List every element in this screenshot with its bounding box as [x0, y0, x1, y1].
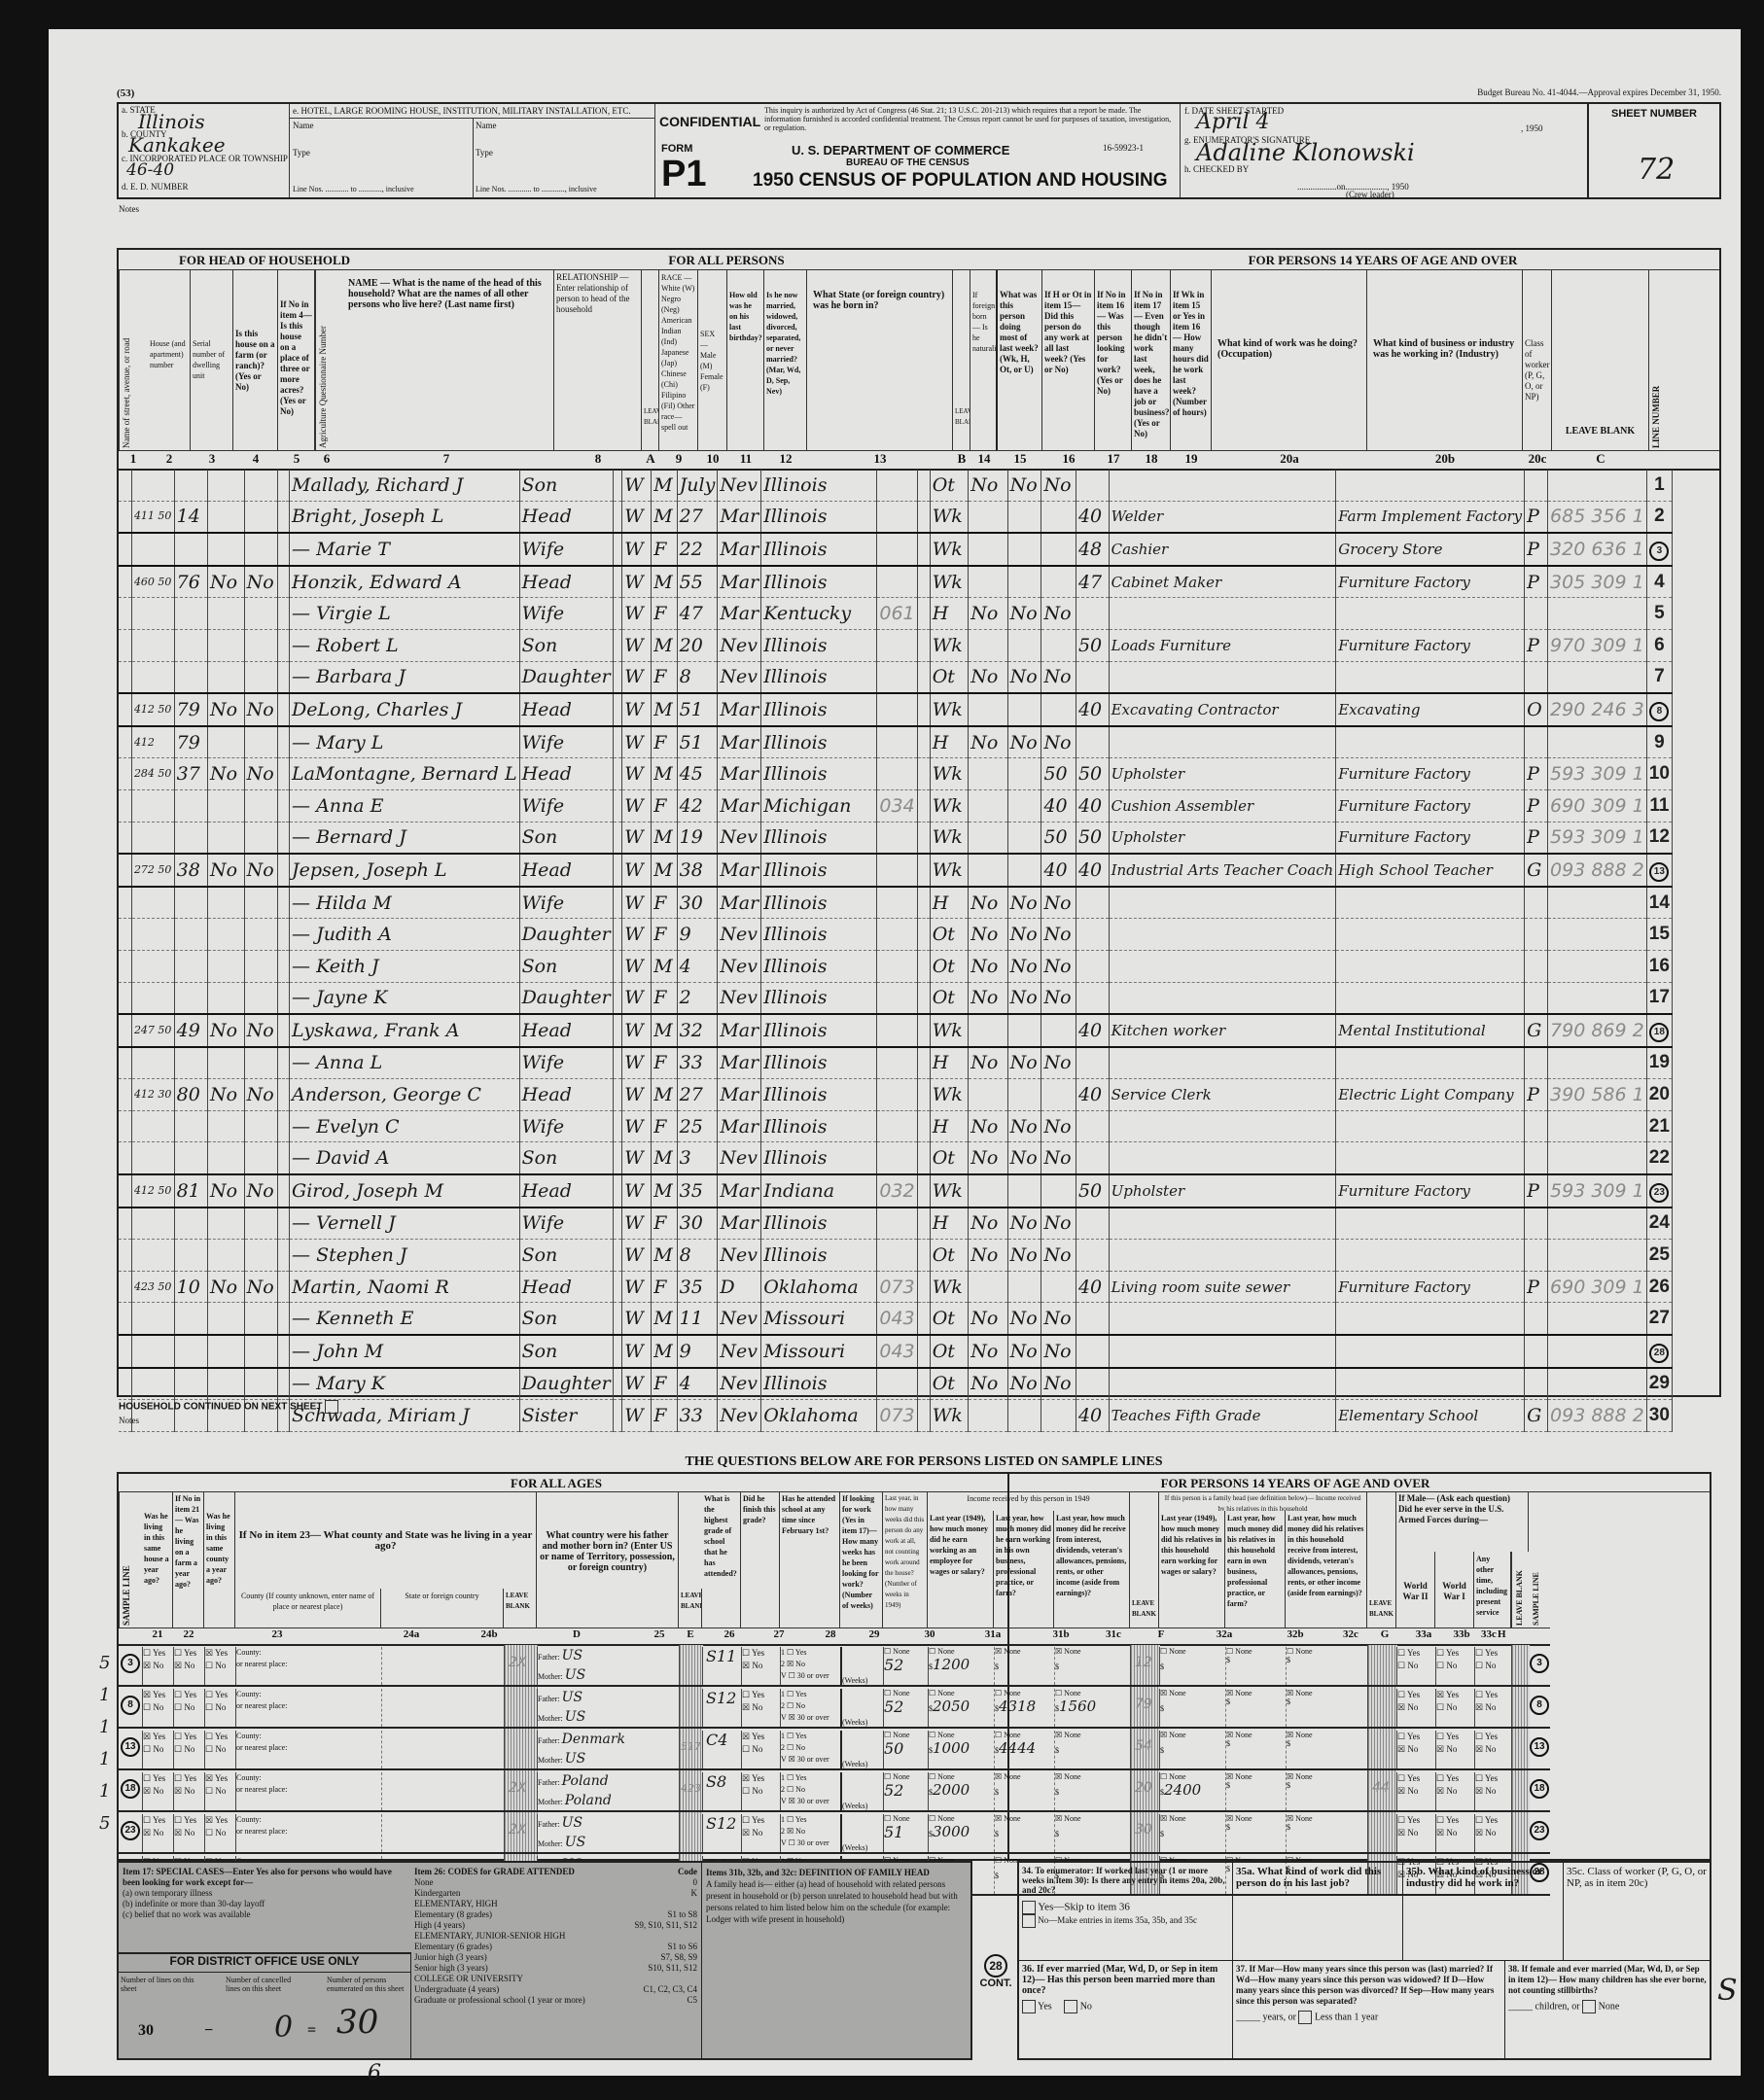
industry-cell[interactable]	[1336, 919, 1525, 951]
age-cell[interactable]: 38	[677, 854, 718, 887]
farm-cell[interactable]	[207, 726, 244, 758]
age-cell[interactable]: 27	[677, 501, 718, 533]
q27-no-option[interactable]: ☐ No	[742, 1743, 781, 1756]
activity-cell[interactable]: Wk	[930, 822, 969, 854]
acres-cell[interactable]: No	[244, 1174, 278, 1207]
office-codes-cell[interactable]: 305 309 1	[1548, 566, 1647, 598]
class-of-worker-cell[interactable]: O	[1525, 693, 1548, 726]
naturalized-cell[interactable]	[917, 758, 930, 790]
blank-cell[interactable]	[119, 1014, 131, 1047]
has-job-cell[interactable]	[1041, 1174, 1076, 1207]
office-codes-cell[interactable]	[1548, 1335, 1647, 1368]
activity-cell[interactable]: Ot	[930, 1335, 969, 1368]
birthplace-code-cell[interactable]	[877, 1207, 917, 1240]
birthplace-cell[interactable]: Illinois	[761, 887, 877, 919]
birthplace-cell[interactable]: Illinois	[761, 501, 877, 533]
has-job-cell[interactable]: No	[1041, 919, 1076, 951]
occupation-cell[interactable]	[1109, 470, 1336, 501]
person-name-cell[interactable]: LaMontagne, Bernard L	[290, 758, 520, 790]
relationship-cell[interactable]: Wife	[519, 789, 613, 822]
hours-worked-cell[interactable]	[1076, 598, 1109, 630]
q29-cell[interactable]: (Weeks)	[840, 1689, 885, 1727]
occupation-cell[interactable]	[1109, 887, 1336, 919]
class-of-worker-cell[interactable]: P	[1525, 1174, 1548, 1207]
blank-cell[interactable]	[278, 598, 290, 630]
has-job-cell[interactable]	[1041, 1079, 1076, 1111]
race-cell[interactable]: W	[622, 950, 652, 982]
q23-yes-option[interactable]: ☒ Yes	[205, 1772, 236, 1785]
person-name-cell[interactable]: — Robert L	[290, 629, 520, 661]
birthplace-cell[interactable]: Illinois	[761, 1014, 877, 1047]
blank-cell[interactable]	[278, 1014, 290, 1047]
worked-last-week-cell[interactable]	[969, 629, 1007, 661]
house-number-cell[interactable]	[131, 982, 174, 1014]
q22-yes-option[interactable]: ☐ Yes	[174, 1731, 205, 1743]
activity-cell[interactable]: H	[930, 1110, 969, 1142]
office-codes-cell[interactable]: 593 309 1	[1548, 822, 1647, 854]
q23-no-option[interactable]: ☐ No	[205, 1827, 236, 1839]
farm-cell[interactable]	[207, 629, 244, 661]
person-name-cell[interactable]: — Evelyn C	[290, 1110, 520, 1142]
race-cell[interactable]: W	[622, 1110, 652, 1142]
serial-number-cell[interactable]: 37	[174, 758, 207, 790]
q31a-cell[interactable]: ☐ None$2050	[928, 1689, 995, 1727]
q22-no-option[interactable]: ☒ No	[174, 1785, 205, 1798]
blank-cell[interactable]	[278, 1303, 290, 1335]
hours-worked-cell[interactable]	[1076, 661, 1109, 693]
class-of-worker-cell[interactable]	[1525, 1047, 1548, 1079]
naturalized-cell[interactable]	[917, 1047, 930, 1079]
naturalized-cell[interactable]	[917, 1014, 930, 1047]
race-cell[interactable]: W	[622, 1303, 652, 1335]
naturalized-cell[interactable]	[917, 1303, 930, 1335]
q27-yes-option[interactable]: ☐ Yes	[742, 1814, 781, 1827]
q28-no-option[interactable]: 2 ☐ No	[781, 1700, 841, 1712]
blank-cell[interactable]	[119, 1368, 131, 1400]
naturalized-cell[interactable]	[917, 1240, 930, 1272]
birthplace-cell[interactable]: Illinois	[761, 470, 877, 501]
birthplace-code-cell[interactable]	[877, 693, 917, 726]
q31a-cell[interactable]: ☐ None$1000	[928, 1731, 995, 1768]
q27-no-option[interactable]: ☒ No	[742, 1827, 781, 1839]
industry-cell[interactable]: Furniture Factory	[1336, 1271, 1525, 1303]
occupation-cell[interactable]	[1109, 1240, 1336, 1272]
age-cell[interactable]: 8	[677, 1240, 718, 1272]
q33c-no-option[interactable]: ☒ No	[1475, 1743, 1512, 1756]
looking-for-work-cell[interactable]: No	[1007, 1207, 1041, 1240]
q33a-cell[interactable]: ☐ Yes ☐ No	[1396, 1647, 1436, 1685]
birthplace-code-cell[interactable]: 061	[877, 598, 917, 630]
q31c-cell[interactable]: ☐ None$1560	[1054, 1689, 1131, 1727]
has-job-cell[interactable]: No	[1041, 661, 1076, 693]
house-number-cell[interactable]	[131, 887, 174, 919]
blank-cell[interactable]	[613, 1368, 622, 1400]
looking-for-work-cell[interactable]	[1007, 1400, 1041, 1432]
hours-worked-cell[interactable]	[1076, 1142, 1109, 1174]
house-number-cell[interactable]: 423 50	[131, 1271, 174, 1303]
relationship-cell[interactable]: Daughter	[519, 661, 613, 693]
blank-cell[interactable]	[278, 1368, 290, 1400]
blank-cell[interactable]	[119, 566, 131, 598]
sex-cell[interactable]: F	[652, 598, 677, 630]
q32c-cell[interactable]: ☒ None$	[1286, 1814, 1368, 1852]
house-number-cell[interactable]	[131, 661, 174, 693]
marital-status-cell[interactable]: Mar	[718, 1174, 761, 1207]
house-number-cell[interactable]: 412 50	[131, 1174, 174, 1207]
blank-cell[interactable]	[119, 470, 131, 501]
q23-no-option[interactable]: ☐ No	[205, 1660, 236, 1672]
worked-last-week-cell[interactable]: No	[969, 1110, 1007, 1142]
birthplace-code-cell[interactable]	[877, 1142, 917, 1174]
q28-yes-option[interactable]: 1 ☐ Yes	[781, 1814, 841, 1826]
marital-status-cell[interactable]: Mar	[718, 533, 761, 566]
relationship-cell[interactable]: Wife	[519, 726, 613, 758]
blank-cell[interactable]	[278, 822, 290, 854]
occupation-cell[interactable]: Kitchen worker	[1109, 1014, 1336, 1047]
serial-number-cell[interactable]: 49	[174, 1014, 207, 1047]
naturalized-cell[interactable]	[917, 789, 930, 822]
acres-cell[interactable]	[244, 1303, 278, 1335]
hours-worked-cell[interactable]	[1076, 1110, 1109, 1142]
occupation-cell[interactable]: Teaches Fifth Grade	[1109, 1400, 1336, 1432]
acres-cell[interactable]: No	[244, 693, 278, 726]
q33a-yes-option[interactable]: ☐ Yes	[1397, 1731, 1436, 1743]
q21-yes-option[interactable]: ☐ Yes	[143, 1772, 174, 1785]
industry-cell[interactable]	[1336, 950, 1525, 982]
class-of-worker-cell[interactable]	[1525, 1240, 1548, 1272]
office-codes-cell[interactable]	[1548, 950, 1647, 982]
relationship-cell[interactable]: Head	[519, 758, 613, 790]
industry-cell[interactable]: Furniture Factory	[1336, 1174, 1525, 1207]
q33a-no-option[interactable]: ☒ No	[1397, 1785, 1436, 1798]
blank-cell[interactable]	[613, 1142, 622, 1174]
serial-number-cell[interactable]	[174, 1303, 207, 1335]
occupation-cell[interactable]: Living room suite sewer	[1109, 1271, 1336, 1303]
house-number-cell[interactable]	[131, 822, 174, 854]
naturalized-cell[interactable]	[917, 1142, 930, 1174]
sex-cell[interactable]: M	[652, 1174, 677, 1207]
class-of-worker-cell[interactable]: P	[1525, 789, 1548, 822]
marital-status-cell[interactable]: Mar	[718, 598, 761, 630]
q22-yes-option[interactable]: ☐ Yes	[174, 1689, 205, 1701]
naturalized-cell[interactable]	[917, 629, 930, 661]
looking-for-work-cell[interactable]: No	[1007, 661, 1041, 693]
house-number-cell[interactable]	[131, 1368, 174, 1400]
looking-for-work-cell[interactable]: No	[1007, 982, 1041, 1014]
q33a-no-option[interactable]: ☒ No	[1397, 1827, 1436, 1839]
farm-cell[interactable]: No	[207, 1271, 244, 1303]
q31b-cell[interactable]: ☒ None$	[994, 1647, 1055, 1685]
hours-worked-cell[interactable]	[1076, 982, 1109, 1014]
office-codes-cell[interactable]: 690 309 1	[1548, 1271, 1647, 1303]
birthplace-cell[interactable]: Illinois	[761, 854, 877, 887]
farm-cell[interactable]	[207, 982, 244, 1014]
q21-cell[interactable]: ☒ Yes ☐ No	[142, 1689, 174, 1727]
industry-cell[interactable]: Electric Light Company	[1336, 1079, 1525, 1111]
looking-for-work-cell[interactable]	[1007, 566, 1041, 598]
blank-cell[interactable]	[278, 501, 290, 533]
relationship-cell[interactable]: Head	[519, 1079, 613, 1111]
q22-cell[interactable]: ☐ Yes ☒ No	[173, 1814, 205, 1852]
worked-last-week-cell[interactable]: No	[969, 1368, 1007, 1400]
q32a-cell[interactable]: ☒ None$	[1159, 1689, 1226, 1727]
relationship-cell[interactable]: Wife	[519, 1207, 613, 1240]
q27-cell[interactable]: ☒ Yes ☐ No	[741, 1772, 781, 1810]
q32b-cell[interactable]: ☒ None$	[1225, 1772, 1287, 1810]
looking-for-work-cell[interactable]	[1007, 854, 1041, 887]
serial-number-cell[interactable]: 14	[174, 501, 207, 533]
q28-no-option[interactable]: 2 ☐ No	[781, 1784, 841, 1796]
serial-number-cell[interactable]	[174, 982, 207, 1014]
blank-cell[interactable]	[278, 1079, 290, 1111]
blank-cell[interactable]	[119, 887, 131, 919]
acres-cell[interactable]	[244, 822, 278, 854]
marital-status-cell[interactable]: Mar	[718, 1047, 761, 1079]
worked-last-week-cell[interactable]	[969, 1400, 1007, 1432]
relationship-cell[interactable]: Son	[519, 822, 613, 854]
blank-cell[interactable]	[278, 726, 290, 758]
class-of-worker-cell[interactable]: P	[1525, 501, 1548, 533]
industry-cell[interactable]: Furniture Factory	[1336, 789, 1525, 822]
blank-cell[interactable]	[278, 566, 290, 598]
farm-cell[interactable]	[207, 789, 244, 822]
q27-yes-option[interactable]: ☐ Yes	[742, 1689, 781, 1701]
worked-last-week-cell[interactable]	[969, 854, 1007, 887]
relationship-cell[interactable]: Head	[519, 693, 613, 726]
class-of-worker-cell[interactable]	[1525, 1110, 1548, 1142]
looking-for-work-cell[interactable]: No	[1007, 919, 1041, 951]
house-number-cell[interactable]: 412 30	[131, 1079, 174, 1111]
birthplace-code-cell[interactable]	[877, 950, 917, 982]
worked-last-week-cell[interactable]	[969, 566, 1007, 598]
q21-cell[interactable]: ☐ Yes ☒ No	[142, 1814, 174, 1852]
industry-cell[interactable]: Mental Institutional	[1336, 1014, 1525, 1047]
q29-cell[interactable]: (Weeks)	[840, 1814, 885, 1852]
birthplace-code-cell[interactable]	[877, 1047, 917, 1079]
occupation-cell[interactable]: Cushion Assembler	[1109, 789, 1336, 822]
looking-for-work-cell[interactable]: No	[1007, 470, 1041, 501]
sex-cell[interactable]: M	[652, 470, 677, 501]
naturalized-cell[interactable]	[917, 1335, 930, 1368]
class-of-worker-cell[interactable]	[1525, 1303, 1548, 1335]
has-job-cell[interactable]: No	[1041, 1047, 1076, 1079]
acres-cell[interactable]	[244, 1110, 278, 1142]
q26-cell[interactable]: C4	[702, 1731, 741, 1768]
blank-cell[interactable]	[613, 950, 622, 982]
blank-cell[interactable]	[119, 982, 131, 1014]
blank-cell[interactable]	[278, 1207, 290, 1240]
activity-cell[interactable]: Ot	[930, 919, 969, 951]
industry-cell[interactable]	[1336, 1110, 1525, 1142]
office-codes-cell[interactable]	[1548, 1240, 1647, 1272]
looking-for-work-cell[interactable]: No	[1007, 1303, 1041, 1335]
q33c-cell[interactable]: ☐ Yes ☒ No	[1474, 1814, 1512, 1852]
has-job-cell[interactable]: No	[1041, 1240, 1076, 1272]
naturalized-cell[interactable]	[917, 919, 930, 951]
industry-cell[interactable]	[1336, 1142, 1525, 1174]
worked-last-week-cell[interactable]: No	[969, 661, 1007, 693]
marital-status-cell[interactable]: Nev	[718, 1303, 761, 1335]
hours-worked-cell[interactable]: 50	[1076, 629, 1109, 661]
relationship-cell[interactable]: Wife	[519, 598, 613, 630]
house-number-cell[interactable]: 247 50	[131, 1014, 174, 1047]
activity-cell[interactable]: Wk	[930, 1079, 969, 1111]
activity-cell[interactable]: Wk	[930, 758, 969, 790]
hours-worked-cell[interactable]	[1076, 919, 1109, 951]
naturalized-cell[interactable]	[917, 854, 930, 887]
q32a-cell[interactable]: ☒ None$	[1159, 1731, 1226, 1768]
q30-cell[interactable]: ☐ None52	[883, 1647, 929, 1685]
serial-number-cell[interactable]	[174, 1240, 207, 1272]
blank-cell[interactable]	[613, 1240, 622, 1272]
has-job-cell[interactable]: No	[1041, 1207, 1076, 1240]
race-cell[interactable]: W	[622, 919, 652, 951]
blank-cell[interactable]	[278, 533, 290, 566]
sex-cell[interactable]: M	[652, 758, 677, 790]
age-cell[interactable]: 22	[677, 533, 718, 566]
marital-status-cell[interactable]: Nev	[718, 950, 761, 982]
q31c-cell[interactable]: ☒ None$	[1054, 1647, 1131, 1685]
industry-cell[interactable]	[1336, 887, 1525, 919]
q27-yes-option[interactable]: ☐ Yes	[742, 1647, 781, 1660]
blank-cell[interactable]	[613, 1110, 622, 1142]
farm-cell[interactable]	[207, 1047, 244, 1079]
q24a-cell[interactable]: County:or nearest place:	[235, 1647, 382, 1685]
q25-cell[interactable]: Father: US Mother: US	[537, 1689, 680, 1727]
blank-cell[interactable]	[613, 629, 622, 661]
sex-cell[interactable]: M	[652, 1142, 677, 1174]
race-cell[interactable]: W	[622, 629, 652, 661]
occupation-cell[interactable]: Service Clerk	[1109, 1079, 1336, 1111]
marital-status-cell[interactable]: Mar	[718, 501, 761, 533]
has-job-cell[interactable]	[1041, 693, 1076, 726]
acres-cell[interactable]: No	[244, 1014, 278, 1047]
birthplace-code-cell[interactable]: 073	[877, 1271, 917, 1303]
race-cell[interactable]: W	[622, 566, 652, 598]
marital-status-cell[interactable]: Mar	[718, 726, 761, 758]
activity-cell[interactable]: Ot	[930, 1142, 969, 1174]
naturalized-cell[interactable]	[917, 1368, 930, 1400]
relationship-cell[interactable]: Wife	[519, 533, 613, 566]
serial-number-cell[interactable]	[174, 1110, 207, 1142]
person-name-cell[interactable]: — Jayne K	[290, 982, 520, 1014]
age-cell[interactable]: 51	[677, 693, 718, 726]
marital-status-cell[interactable]: Nev	[718, 629, 761, 661]
q23-yes-option[interactable]: ☒ Yes	[205, 1647, 236, 1660]
person-name-cell[interactable]: Martin, Naomi R	[290, 1271, 520, 1303]
industry-cell[interactable]	[1336, 661, 1525, 693]
q23-no-option[interactable]: ☐ No	[205, 1701, 236, 1714]
age-cell[interactable]: 32	[677, 1014, 718, 1047]
q28-over30-option[interactable]: V ☐ 30 or over	[781, 1837, 841, 1849]
person-name-cell[interactable]: — John M	[290, 1335, 520, 1368]
q32a-cell[interactable]: ☐ None$	[1159, 1647, 1226, 1685]
race-cell[interactable]: W	[622, 822, 652, 854]
race-cell[interactable]: W	[622, 789, 652, 822]
farm-cell[interactable]	[207, 470, 244, 501]
has-job-cell[interactable]	[1041, 1271, 1076, 1303]
relationship-cell[interactable]: Son	[519, 629, 613, 661]
occupation-cell[interactable]	[1109, 1047, 1336, 1079]
birthplace-cell[interactable]: Illinois	[761, 1368, 877, 1400]
sex-cell[interactable]: M	[652, 693, 677, 726]
worked-last-week-cell[interactable]	[969, 758, 1007, 790]
hours-worked-cell[interactable]	[1076, 1207, 1109, 1240]
race-cell[interactable]: W	[622, 726, 652, 758]
house-number-cell[interactable]: 272 50	[131, 854, 174, 887]
age-cell[interactable]: 35	[677, 1174, 718, 1207]
class-of-worker-cell[interactable]: P	[1525, 822, 1548, 854]
activity-cell[interactable]: Wk	[930, 566, 969, 598]
office-codes-cell[interactable]	[1548, 982, 1647, 1014]
birthplace-cell[interactable]: Illinois	[761, 1047, 877, 1079]
looking-for-work-cell[interactable]	[1007, 1174, 1041, 1207]
acres-cell[interactable]	[244, 1368, 278, 1400]
worked-last-week-cell[interactable]	[969, 501, 1007, 533]
q28-over30-option[interactable]: V ☒ 30 or over	[781, 1796, 841, 1807]
serial-number-cell[interactable]: 10	[174, 1271, 207, 1303]
blank-cell[interactable]	[613, 1079, 622, 1111]
farm-cell[interactable]	[207, 501, 244, 533]
acres-cell[interactable]	[244, 533, 278, 566]
farm-cell[interactable]	[207, 1368, 244, 1400]
sex-cell[interactable]: F	[652, 726, 677, 758]
house-number-cell[interactable]	[131, 1110, 174, 1142]
activity-cell[interactable]: Ot	[930, 661, 969, 693]
age-cell[interactable]: 33	[677, 1400, 718, 1432]
age-cell[interactable]: 3	[677, 1142, 718, 1174]
marital-status-cell[interactable]: Nev	[718, 1142, 761, 1174]
birthplace-code-cell[interactable]	[877, 629, 917, 661]
q33a-yes-option[interactable]: ☐ Yes	[1397, 1689, 1436, 1701]
q21-no-option[interactable]: ☒ No	[143, 1660, 174, 1672]
industry-cell[interactable]: Excavating	[1336, 693, 1525, 726]
race-cell[interactable]: W	[622, 1207, 652, 1240]
farm-cell[interactable]	[207, 1142, 244, 1174]
house-number-cell[interactable]: 460 50	[131, 566, 174, 598]
acres-cell[interactable]	[244, 1047, 278, 1079]
birthplace-cell[interactable]: Oklahoma	[761, 1271, 877, 1303]
industry-cell[interactable]	[1336, 726, 1525, 758]
sex-cell[interactable]: M	[652, 501, 677, 533]
occupation-cell[interactable]	[1109, 598, 1336, 630]
acres-cell[interactable]	[244, 950, 278, 982]
activity-cell[interactable]: Ot	[930, 1240, 969, 1272]
occupation-cell[interactable]	[1109, 661, 1336, 693]
birthplace-code-cell[interactable]	[877, 758, 917, 790]
blank-cell[interactable]	[278, 1240, 290, 1272]
birthplace-cell[interactable]: Illinois	[761, 1142, 877, 1174]
birthplace-code-cell[interactable]	[877, 1110, 917, 1142]
household-continued-checkbox[interactable]	[325, 1400, 338, 1414]
q33c-cell[interactable]: ☐ Yes ☒ No	[1474, 1689, 1512, 1727]
sex-cell[interactable]: M	[652, 566, 677, 598]
looking-for-work-cell[interactable]: No	[1007, 1368, 1041, 1400]
race-cell[interactable]: W	[622, 758, 652, 790]
blank-cell[interactable]	[613, 726, 622, 758]
birthplace-code-cell[interactable]: 034	[877, 789, 917, 822]
serial-number-cell[interactable]	[174, 629, 207, 661]
acres-cell[interactable]: No	[244, 758, 278, 790]
person-name-cell[interactable]: Bright, Joseph L	[290, 501, 520, 533]
naturalized-cell[interactable]	[917, 1400, 930, 1432]
q28-cell[interactable]: 1 ☐ Yes 2 ☒ No V ☐ 30 or over	[780, 1814, 841, 1852]
age-cell[interactable]: 25	[677, 1110, 718, 1142]
q33a-cell[interactable]: ☐ Yes ☒ No	[1396, 1731, 1436, 1768]
class-of-worker-cell[interactable]	[1525, 1207, 1548, 1240]
serial-number-cell[interactable]	[174, 822, 207, 854]
blank-cell[interactable]	[119, 1335, 131, 1368]
